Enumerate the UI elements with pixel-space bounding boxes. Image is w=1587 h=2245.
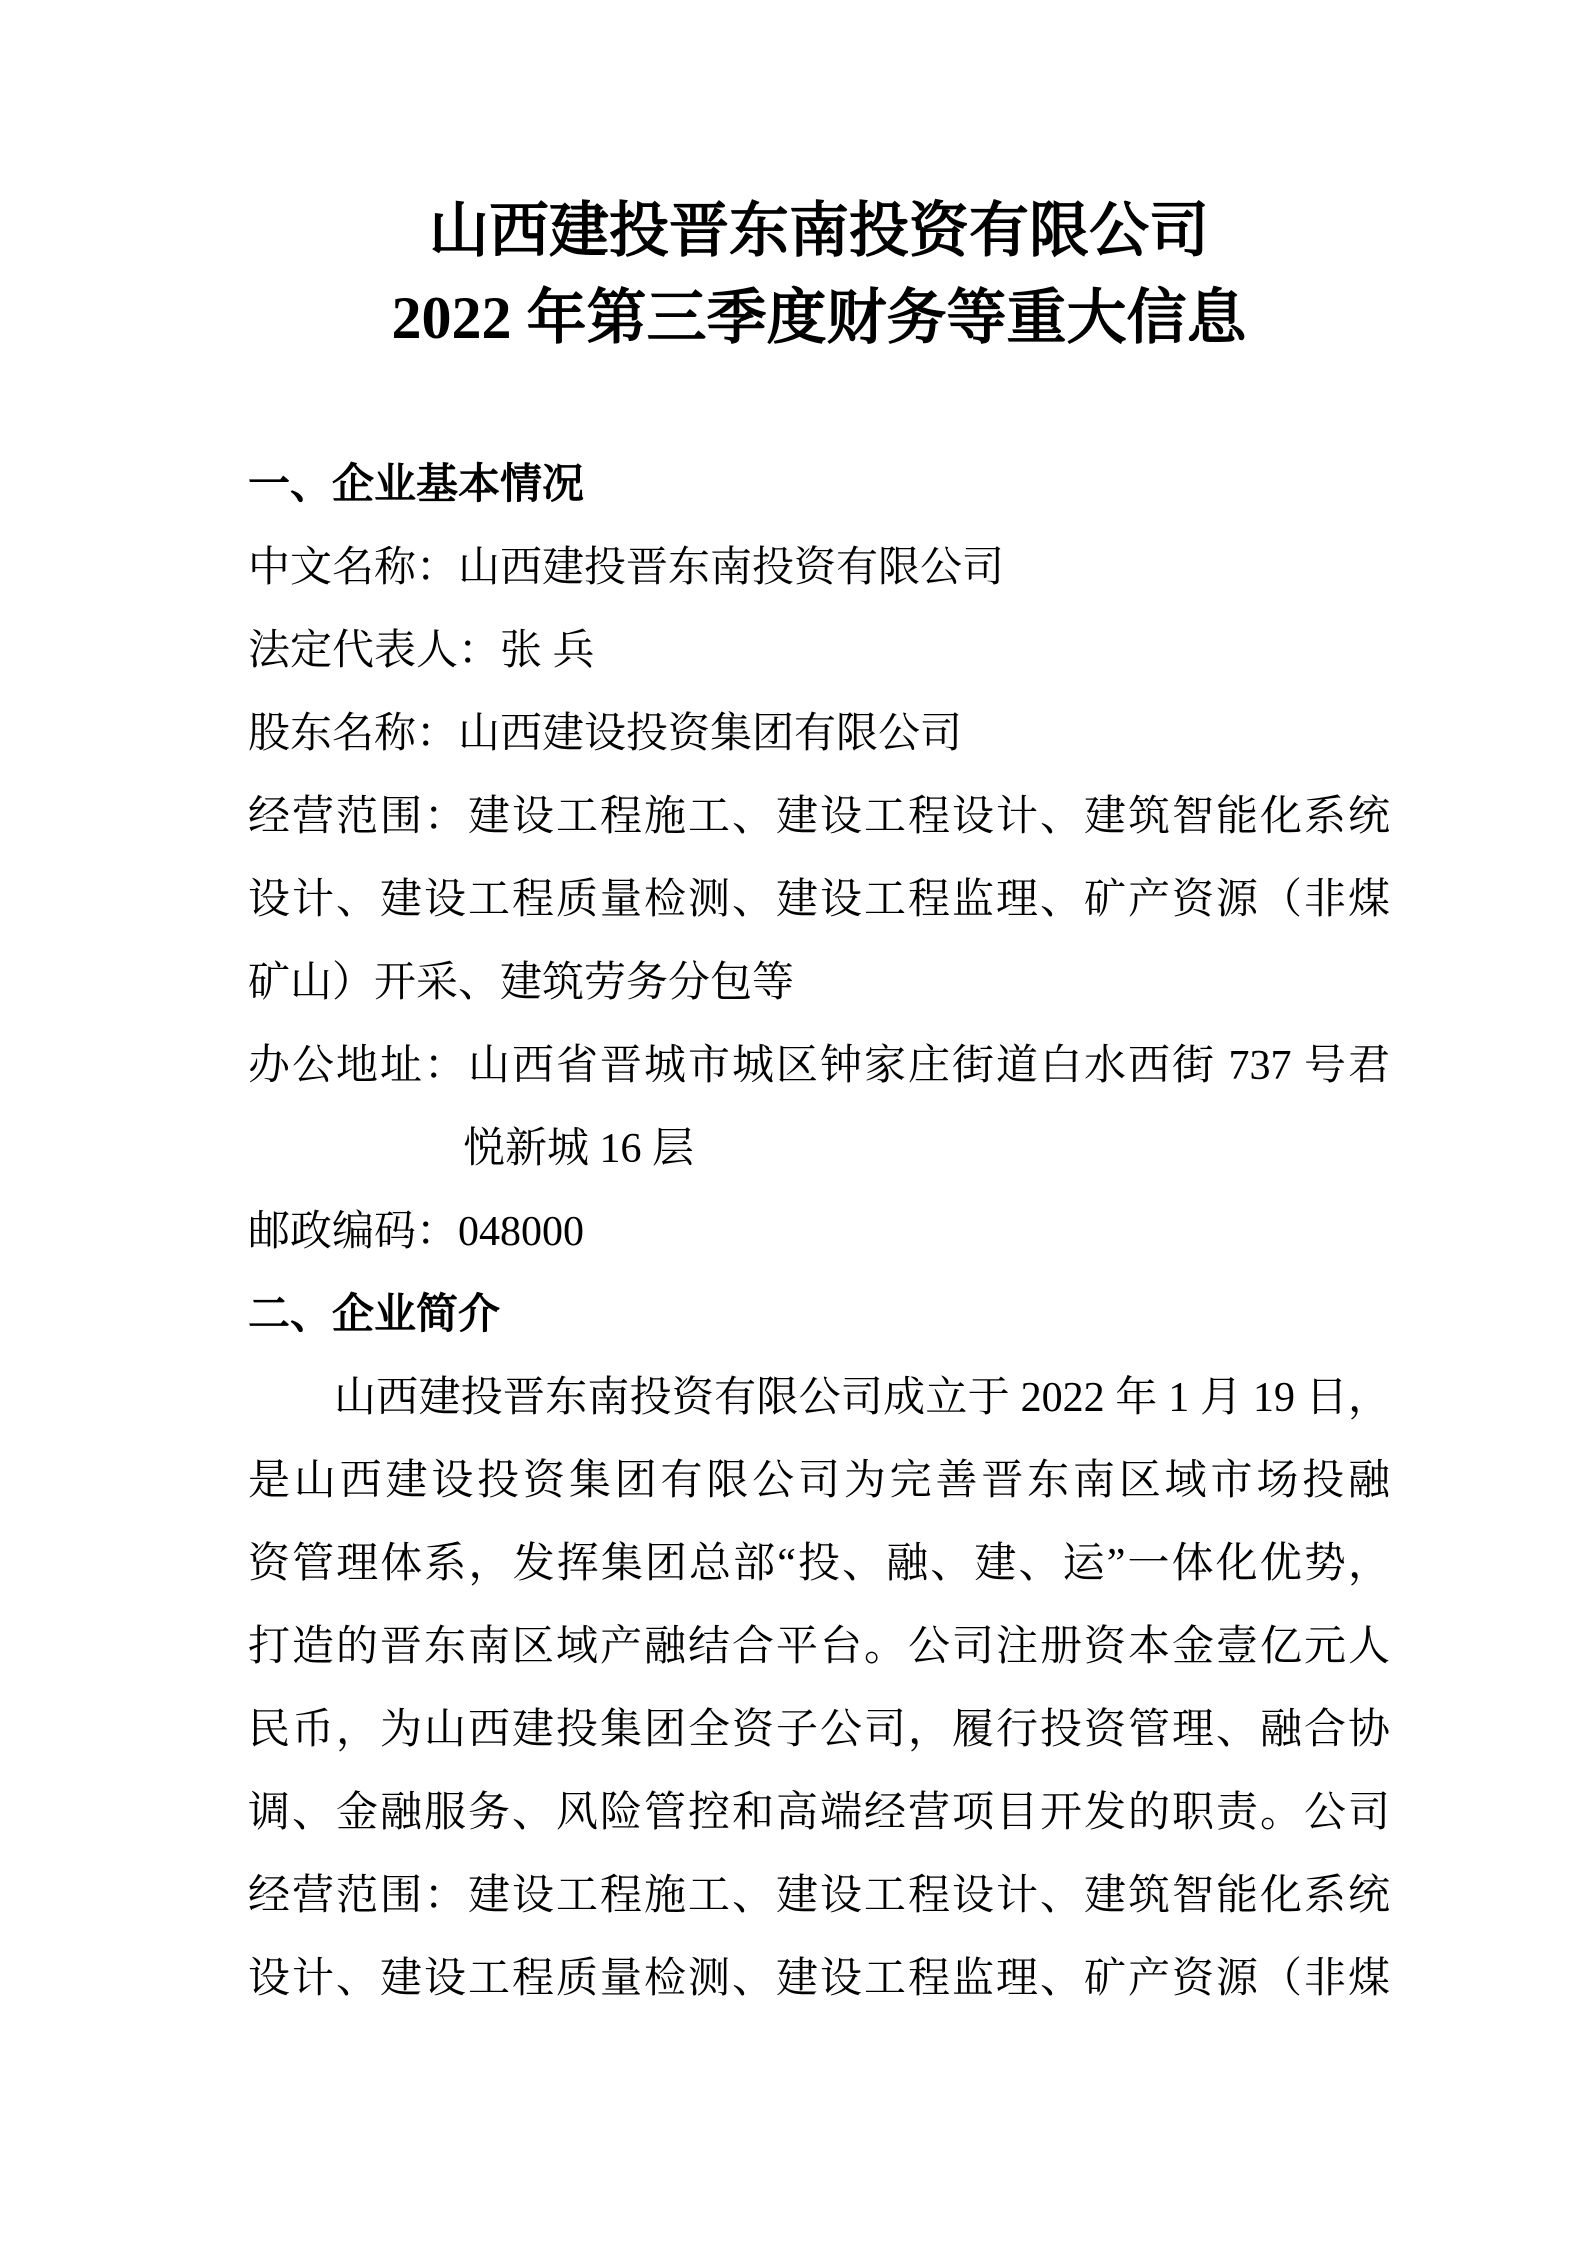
line-profile-paragraph-2: 是山西建设投资集团有限公司为完善晋东南区域市场投融: [248, 1440, 1390, 1523]
line-profile-paragraph-3: 资管理体系，发挥集团总部“投、融、建、运”一体化优势，: [248, 1523, 1390, 1606]
document-body: 一、企业基本情况 中文名称：山西建投晋东南投资有限公司 法定代表人：张 兵 股东…: [248, 444, 1390, 2021]
line-business-scope-3: 矿山）开采、建筑劳务分包等: [248, 942, 1390, 1025]
line-business-scope-2: 设计、建设工程质量检测、建设工程监理、矿产资源（非煤: [248, 859, 1390, 942]
title-line-1: 山西建投晋东南投资有限公司: [248, 188, 1390, 275]
line-chinese-name: 中文名称：山西建投晋东南投资有限公司: [248, 527, 1390, 610]
document-page: 山西建投晋东南投资有限公司 2022 年第三季度财务等重大信息 一、企业基本情况…: [0, 0, 1587, 2245]
line-profile-paragraph-7: 经营范围：建设工程施工、建设工程设计、建筑智能化系统: [248, 1855, 1390, 1938]
title-line-2: 2022 年第三季度财务等重大信息: [248, 275, 1390, 362]
heading-basic-info: 一、企业基本情况: [248, 444, 1390, 527]
line-business-scope-1: 经营范围：建设工程施工、建设工程设计、建筑智能化系统: [248, 776, 1390, 859]
heading-company-profile: 二、企业简介: [248, 1274, 1390, 1357]
line-postal-code: 邮政编码：048000: [248, 1191, 1390, 1274]
line-office-address-2: 悦新城 16 层: [463, 1108, 1390, 1191]
line-profile-paragraph-6: 调、金融服务、风险管控和高端经营项目开发的职责。公司: [248, 1772, 1390, 1855]
document-title: 山西建投晋东南投资有限公司 2022 年第三季度财务等重大信息: [248, 188, 1390, 362]
line-legal-representative: 法定代表人：张 兵: [248, 610, 1390, 693]
line-profile-paragraph-1: 山西建投晋东南投资有限公司成立于 2022 年 1 月 19 日，: [248, 1357, 1390, 1440]
line-profile-paragraph-8: 设计、建设工程质量检测、建设工程监理、矿产资源（非煤: [248, 1938, 1390, 2021]
line-profile-paragraph-4: 打造的晋东南区域产融结合平台。公司注册资本金壹亿元人: [248, 1606, 1390, 1689]
line-profile-paragraph-5: 民币，为山西建投集团全资子公司，履行投资管理、融合协: [248, 1689, 1390, 1772]
line-office-address-1: 办公地址：山西省晋城市城区钟家庄街道白水西街 737 号君: [248, 1025, 1390, 1108]
line-shareholder-name: 股东名称：山西建设投资集团有限公司: [248, 693, 1390, 776]
